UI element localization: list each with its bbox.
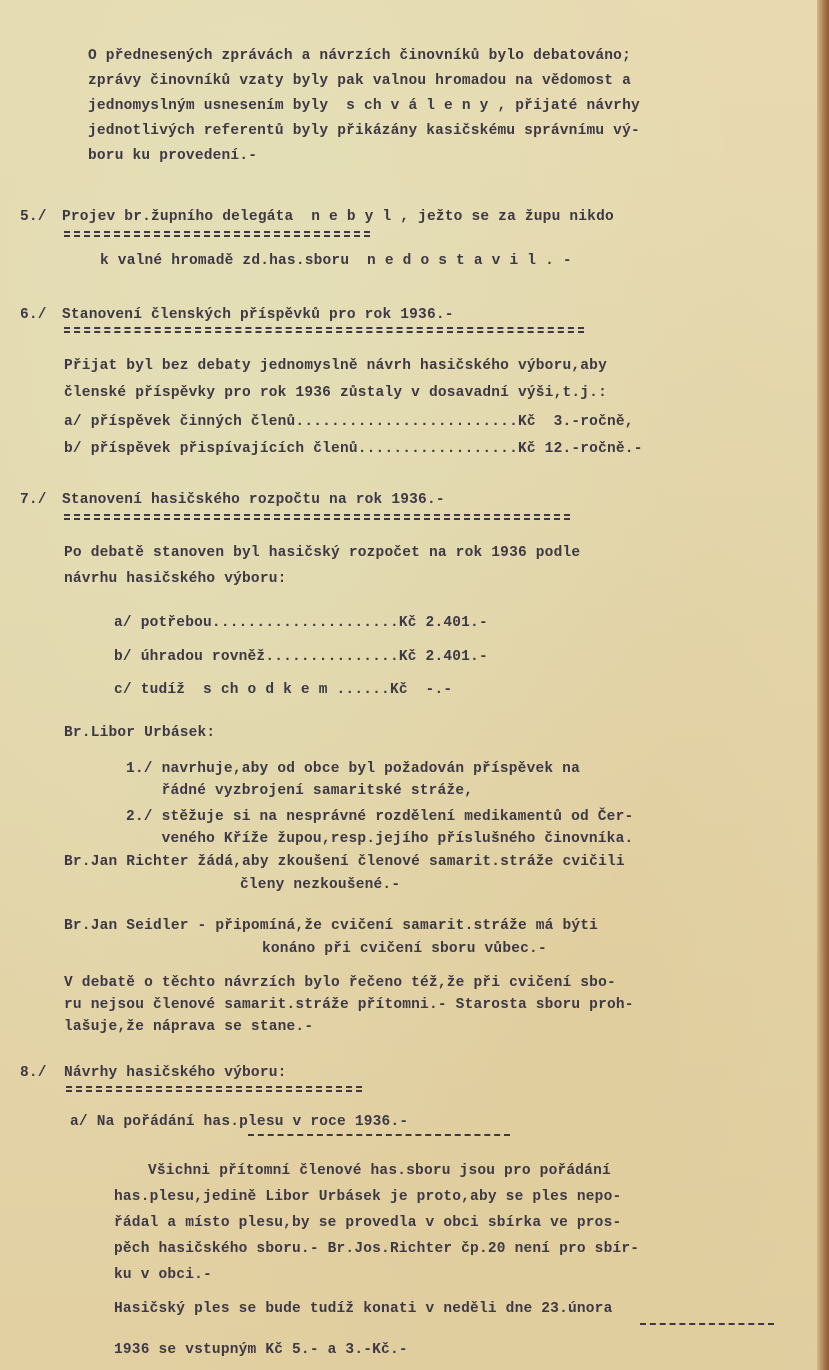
discussion-line: 1./ navrhuje,aby od obce byl požadován p…	[126, 760, 580, 778]
section7-text: návrhu hasičského výboru:	[64, 570, 287, 588]
section6-text: Přijat byl bez debaty jednomyslně návrh …	[64, 357, 607, 375]
scanned-document-page: O přednesených zprávách a návrzích činov…	[0, 0, 829, 1370]
section6-text: členské příspěvky pro rok 1936 zůstaly v…	[64, 384, 607, 402]
underline	[64, 327, 584, 333]
intro-line: boru ku provedení.-	[88, 147, 257, 165]
conclusion-line: 1936 se vstupným Kč 5.- a 3.-Kč.-	[114, 1341, 408, 1359]
underline	[640, 1323, 774, 1325]
intro-line: jednomyslným usnesením byly s ch v á l e…	[88, 97, 640, 115]
section-title: Stanovení hasičského rozpočtu na rok 193…	[62, 491, 445, 509]
budget-item: b/ úhradou rovněž...............Kč 2.401…	[114, 648, 488, 666]
section8-text: ku v obci.-	[114, 1266, 212, 1284]
section8-text: has.plesu,jedině Libor Urbásek je proto,…	[114, 1188, 621, 1206]
paper-edge	[817, 0, 829, 1370]
underline	[64, 231, 370, 237]
discussion-line: řádné vyzbrojení samaritské stráže,	[126, 782, 473, 800]
fee-item: b/ příspěvek přispívajících členů.......…	[64, 440, 643, 458]
section8-text: Všichni přítomní členové has.sboru jsou …	[148, 1162, 611, 1180]
section7-text: Po debatě stanoven byl hasičský rozpočet…	[64, 544, 580, 562]
discussion-line: lašuje,že náprava se stane.-	[64, 1018, 313, 1036]
discussion-line: V debatě o těchto návrzích bylo řečeno t…	[64, 974, 616, 992]
budget-item: c/ tudíž s ch o d k e m ......Kč -.-	[114, 681, 452, 699]
intro-line: O přednesených zprávách a návrzích činov…	[88, 47, 631, 65]
underline	[64, 514, 570, 520]
underline	[248, 1134, 510, 1136]
discussion-line: konáno při cvičení sboru vůbec.-	[262, 940, 547, 958]
section-title: Návrhy hasičského výboru:	[64, 1064, 287, 1082]
section-number: 7./	[20, 491, 47, 509]
section-number: 6./	[20, 306, 47, 324]
section-number: 5./	[20, 208, 47, 226]
section8-text: pěch hasičského sboru.- Br.Jos.Richter č…	[114, 1240, 639, 1258]
section8-text: řádal a místo plesu,by se provedla v obc…	[114, 1214, 621, 1232]
intro-line: jednotlivých referentů byly přikázány ka…	[88, 122, 640, 140]
discussion-line: členy nezkoušené.-	[240, 876, 400, 894]
fee-item: a/ příspěvek činných členů..............…	[64, 413, 634, 431]
section5-line: Projev br.župního delegáta n e b y l , j…	[62, 208, 614, 226]
intro-line: zprávy činovníků vzaty byly pak valnou h…	[88, 72, 631, 90]
discussion-line: Br.Jan Richter žádá,aby zkoušení členové…	[64, 853, 625, 871]
discussion-line: veného Kříže župou,resp.jejího příslušné…	[126, 830, 633, 848]
section-subtitle: a/ Na pořádání has.plesu v roce 1936.-	[70, 1113, 408, 1131]
section-title: Stanovení členských příspěvků pro rok 19…	[62, 306, 454, 324]
section5-line: k valné hromadě zd.has.sboru n e d o s t…	[100, 252, 572, 270]
discussion-line: ru nejsou členové samarit.stráže přítomn…	[64, 996, 634, 1014]
discussion-line: 2./ stěžuje si na nesprávné rozdělení me…	[126, 808, 633, 826]
conclusion-line: Hasičský ples se bude tudíž konati v ned…	[114, 1300, 612, 1318]
discussion-line: Br.Jan Seidler - připomíná,že cvičení sa…	[64, 917, 598, 935]
budget-item: a/ potřebou.....................Kč 2.401…	[114, 614, 488, 632]
speaker-heading: Br.Libor Urbásek:	[64, 724, 215, 742]
section-number: 8./	[20, 1064, 47, 1082]
underline	[66, 1086, 362, 1092]
